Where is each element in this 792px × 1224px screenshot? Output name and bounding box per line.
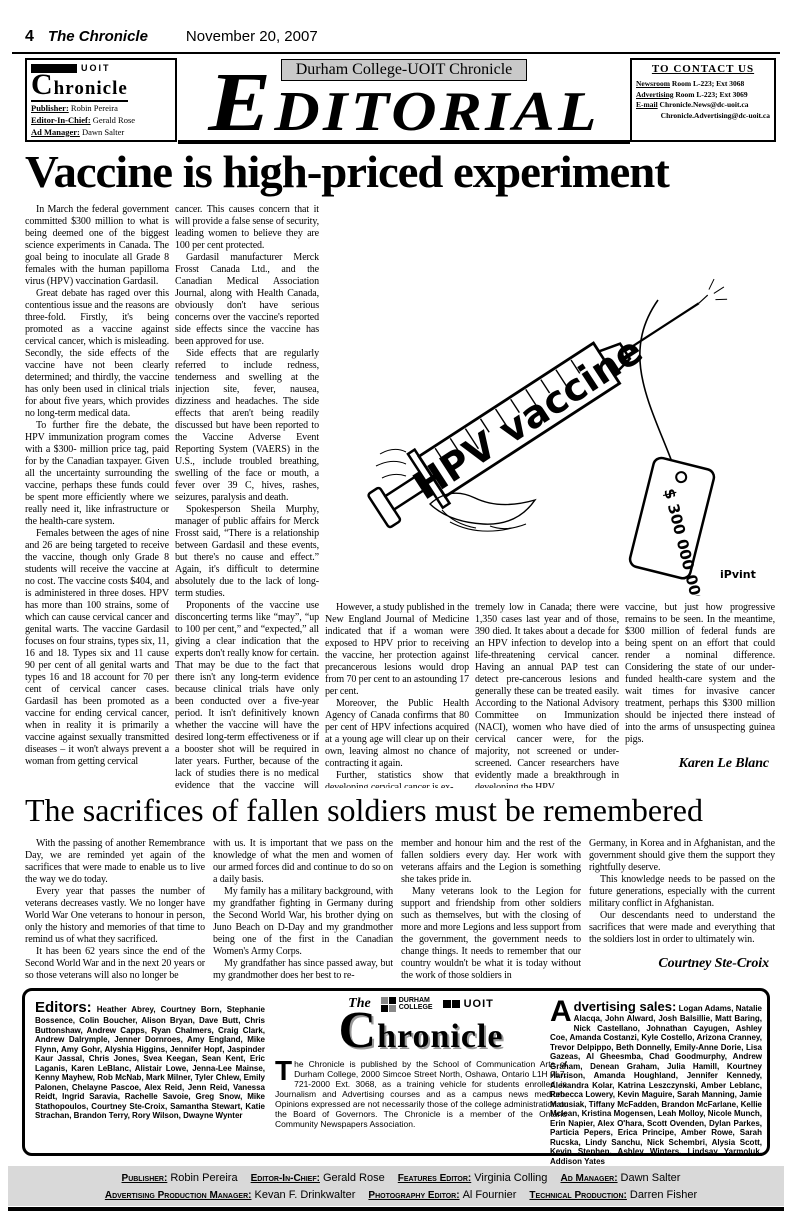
durham-logo-squares [381, 997, 396, 1012]
paragraph: Gardasil manufacturer Merck Frosst Canad… [175, 252, 319, 348]
contact-email-news: Chronicle.News@dc-uoit.ca [660, 100, 749, 109]
article2-column-4: Germany, in Korea and in Afghanistan, an… [589, 838, 775, 984]
contact-label: E-mail [636, 100, 658, 109]
credits-row-2: Advertising Production Manager:Kevan F. … [8, 1187, 784, 1204]
editors-names: Heather Abrey, Courtney Born, Stephanie … [35, 1005, 265, 1120]
article2-byline: Courtney Ste-Croix [589, 956, 775, 972]
credit-value: Gerald Rose [93, 115, 135, 125]
credits-row-1: Publisher:Robin Pereira Editor-In-Chief:… [8, 1170, 784, 1187]
credit-value: Robin Pereira [71, 103, 118, 113]
section-title: EDITORIAL [151, 75, 657, 140]
credit-label: Features Editor: [398, 1173, 471, 1184]
header-rule [12, 52, 780, 54]
hand-sketch-lines [442, 510, 526, 531]
second-headline: The sacrifices of fallen soldiers must b… [25, 792, 775, 829]
uoit-footer-logo: UOIT [443, 995, 494, 1013]
newspaper-page: 4 The Chronicle November 20, 2007 UOIT C… [0, 0, 792, 1224]
paragraph: It has been 62 years since the end of th… [25, 946, 205, 982]
uoit-footer-text: UOIT [464, 998, 494, 1010]
main-headline: Vaccine is high-priced experiment [25, 146, 792, 198]
paragraph: Our descendants need to understand the s… [589, 910, 775, 946]
paragraph: Great debate has raged over this content… [25, 288, 169, 420]
durham-line2: COLLEGE [399, 1004, 433, 1011]
article2-column-3: member and honour him and the rest of th… [401, 838, 581, 984]
publication-statement: The Chronicle is published by the School… [275, 1059, 567, 1129]
credit-label: Ad Manager: [560, 1173, 617, 1184]
durham-college-logo: DURHAM COLLEGE [381, 997, 433, 1012]
chronicle-logo: Chronicle [31, 74, 128, 102]
paragraph: Germany, in Korea and in Afghanistan, an… [589, 838, 775, 874]
credit-value: Robin Pereira [170, 1172, 237, 1184]
article1-column-3: However, a study published in the New En… [325, 602, 469, 788]
paragraph: with us. It is important that we pass on… [213, 838, 393, 886]
paragraph: cancer. This causes concern that it will… [175, 204, 319, 252]
credit-label: Editor-In-Chief: [31, 115, 91, 125]
paragraph: Every year that passes the number of vet… [25, 886, 205, 946]
advertising-sales-list: Advertising sales: Logan Adams, Natalie … [550, 999, 762, 1166]
article1-column-4: tremely low in Canada; there were 1,350 … [475, 602, 619, 788]
editors-label: Editors: [35, 999, 92, 1016]
contact-email-ads: Chronicle.Advertising@dc-uoit.ca [661, 111, 770, 120]
paragraph: With the passing of another Remembrance … [25, 838, 205, 886]
credit-value: Al Fournier [463, 1189, 517, 1201]
article2-column-2: with us. It is important that we pass on… [213, 838, 393, 984]
issue-date: November 20, 2007 [186, 28, 318, 45]
chronicle-wordmark: Chronicle [275, 1013, 567, 1055]
credit-value: Dawn Salter [82, 127, 124, 137]
illustration-label: HPV vaccine [405, 328, 650, 508]
credit-value: Darren Fisher [630, 1189, 697, 1201]
contact-advertising: Advertising Room L-223; Ext 3069 [636, 90, 770, 101]
editors-list: Editors: Heather Abrey, Courtney Born, S… [35, 999, 265, 1121]
contact-box: TO CONTACT US Newsroom Room L-223; Ext 3… [630, 58, 776, 142]
paragraph: My grandfather has since passed away, bu… [213, 958, 393, 982]
paragraph: member and honour him and the rest of th… [401, 838, 581, 886]
credit-value: Virginia Colling [474, 1172, 547, 1184]
page-number: 4 [25, 28, 34, 46]
paragraph: Side effects that are regularly referred… [175, 348, 319, 504]
paragraph: To further fire the debate, the HPV immu… [25, 420, 169, 528]
paragraph: tremely low in Canada; there were 1,350 … [475, 602, 619, 788]
durham-line1: DURHAM [399, 997, 433, 1004]
paragraph: Many veterans look to the Legion for sup… [401, 886, 581, 982]
logo-row: The DURHAM COLLEGE UOIT [275, 995, 567, 1013]
contact-title: TO CONTACT US [636, 63, 770, 75]
durham-logo-text: DURHAM COLLEGE [399, 997, 433, 1011]
paragraph: However, a study published in the New En… [325, 602, 469, 698]
contact-value: Room L-223; Ext 3069 [675, 90, 747, 99]
credit-value: Kevan F. Drinkwalter [254, 1189, 355, 1201]
illustration-credit: iPvint [720, 568, 756, 581]
paragraph: Further, statistics show that developing… [325, 770, 469, 788]
paper-name: The Chronicle [48, 28, 148, 45]
credit-value: Dawn Salter [621, 1172, 681, 1184]
article1-byline: Karen Le Blanc [625, 756, 775, 772]
staff-box: Editors: Heather Abrey, Courtney Born, S… [22, 988, 770, 1156]
contact-label: Newsroom [636, 79, 670, 88]
credit-label: Editor-In-Chief: [251, 1173, 320, 1184]
uoit-logo-squares [443, 995, 461, 1013]
shading-lines [376, 449, 406, 478]
ads-names: Logan Adams, Natalie Alacqa, John Alward… [550, 1004, 762, 1166]
credit-label: Advertising Production Manager: [105, 1190, 252, 1201]
paragraph: Spokesperson Sheila Murphy, manager of p… [175, 504, 319, 600]
credit-label: Publisher: [31, 103, 69, 113]
credits-bar: Publisher:Robin Pereira Editor-In-Chief:… [8, 1166, 784, 1206]
ads-label: Advertising sales: [574, 999, 677, 1014]
article1-column-5: vaccine, but just how progressive remain… [625, 602, 775, 788]
credit-label: Publisher: [122, 1173, 168, 1184]
paragraph: In March the federal government committe… [25, 204, 169, 288]
hpv-syringe-illustration: HPV vaccine $ 300 000 000 iPvint [320, 204, 775, 596]
article1-column-1: In March the federal government committe… [25, 204, 169, 790]
credit-label: Technical Production: [529, 1190, 626, 1201]
credit-value: Gerald Rose [323, 1172, 385, 1184]
paragraph: vaccine, but just how progressive remain… [625, 602, 775, 746]
uoit-logo-text: UOIT [81, 63, 111, 73]
article2-column-1: With the passing of another Remembrance … [25, 838, 205, 984]
masthead-section: Durham College-UOIT Chronicle EDITORIAL [178, 58, 630, 144]
contact-label: Advertising [636, 90, 674, 99]
credit-label: Ad Manager: [31, 127, 80, 137]
contact-email2: Chronicle.Advertising@dc-uoit.ca [636, 111, 770, 122]
credit-label: Photography Editor: [368, 1190, 459, 1201]
paragraph: My family has a military background, wit… [213, 886, 393, 958]
paragraph: Females between the ages of nine and 26 … [25, 528, 169, 768]
paragraph: Proponents of the vaccine use disconcert… [175, 600, 319, 790]
staff-box-center: The DURHAM COLLEGE UOIT Chronicle The Ch… [275, 995, 567, 1129]
article1-column-2: cancer. This causes concern that it will… [175, 204, 319, 790]
contact-newsroom: Newsroom Room L-223; Ext 3068 [636, 79, 770, 90]
page-header: 4 The Chronicle November 20, 2007 [25, 28, 775, 46]
paragraph: This knowledge needs to be passed on the… [589, 874, 775, 910]
contact-value: Room L-223; Ext 3068 [672, 79, 744, 88]
contact-email: E-mail Chronicle.News@dc-uoit.ca [636, 100, 770, 111]
paragraph: Moreover, the Public Health Agency of Ca… [325, 698, 469, 770]
bottom-rule [8, 1207, 784, 1211]
